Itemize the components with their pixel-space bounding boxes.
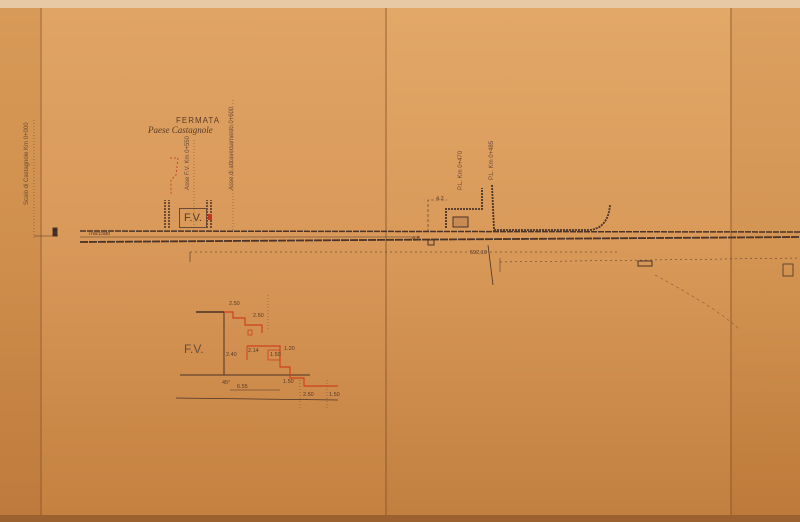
dimension-bridge: 4,8 (412, 236, 420, 242)
dim-step-width: 2.50 (253, 313, 264, 319)
dim-right-step: 1.50 (283, 379, 294, 385)
drawing-title: FERMATA (176, 116, 220, 125)
dim-mid-width: 2.14 (248, 348, 259, 354)
pl-km-annotation-2: P.L. Km 0+485 (489, 141, 495, 180)
crossing-km-annotation: Asse di attraversamento 0+600 (229, 107, 235, 190)
dim-lower-step: 1.20 (284, 346, 295, 352)
plan-drawing (0, 0, 800, 522)
scanned-drawing: FERMATA Paese Castagnole F.V. F.V. Asse … (0, 0, 800, 522)
left-margin-note: Scalo di Castagnole Km 0+000 (24, 122, 30, 205)
detail-label: F.V. (184, 342, 204, 356)
dim-depth-2: 1.50 (329, 392, 340, 398)
pl-km-annotation-1: P.L. Km 0+470 (458, 151, 464, 190)
dimension-4-2: 4.2 (436, 196, 444, 202)
dim-box: 1.50 (270, 352, 281, 358)
station-building-label: F.V. (179, 208, 207, 228)
drawing-subtitle: Paese Castagnole (148, 125, 213, 135)
dimension-track: 592,10 (470, 250, 487, 256)
dim-depth-1: 2.50 (303, 392, 314, 398)
fv-km-annotation: Asse F.V. Km 0+550 (185, 136, 191, 190)
dim-left-height: 2.40 (226, 352, 237, 358)
dim-angle: 45° (222, 380, 230, 386)
track-note: Tracciato (88, 231, 110, 237)
dim-base-width: 6.55 (237, 384, 248, 390)
dim-top-width: 2.50 (229, 301, 240, 307)
